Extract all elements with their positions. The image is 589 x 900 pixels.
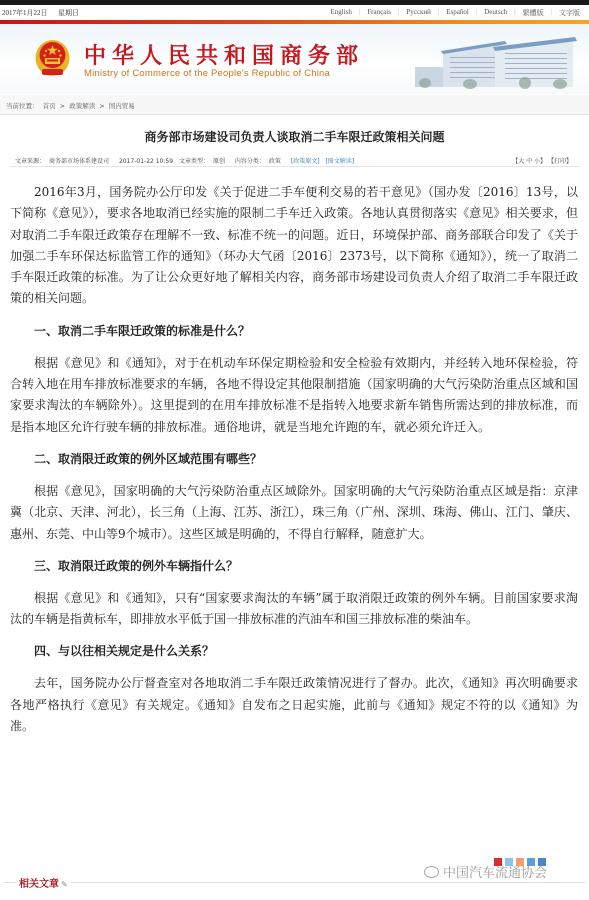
graphic-interpretation-link[interactable]: [图文解读] [325,158,354,165]
type-label: 文章类型：原创 [179,158,229,165]
wechat-watermark: 中国汽车流通协会 [424,862,547,881]
intro-paragraph: 2016年3月，国务院办公厅印发《关于促进二手车便利交易的若干意见》（国办发〔2… [10,182,578,310]
site-banner: 中华人民共和国商务部 Ministry of Commerce of the P… [0,24,589,94]
current-weekday: 星期日 [58,8,79,18]
wechat-icon [424,866,439,878]
language-links: English| Français| Русский| Español| Deu… [323,8,587,18]
section-heading: 三、取消限迁政策的例外车辆指什么？ [10,556,578,577]
lang-french[interactable]: Français [360,8,398,18]
breadcrumb-home[interactable]: 首页 [43,102,56,110]
related-articles: 相关文章✎ [4,882,585,900]
lang-spanish[interactable]: Español [439,8,476,18]
related-articles-heading: 相关文章✎ [16,875,71,890]
font-size-toggle[interactable]: 【大 中 小】 [512,158,546,165]
policy-original-link[interactable]: [政策原文] [291,158,320,165]
paperclip-icon: ✎ [61,880,68,889]
category-label: 内容分类：政策 [235,158,285,165]
lang-english[interactable]: English [323,8,358,18]
article-title: 商务部市场建设司负责人谈取消二手车限迁政策相关问题 [0,128,589,145]
section-heading: 一、取消二手车限迁政策的标准是什么？ [10,321,578,342]
site-title-chinese: 中华人民共和国商务部 [84,39,364,70]
breadcrumb-separator: > [60,102,65,110]
publish-datetime: 2017-01-22 10:59 [119,158,173,165]
section-heading: 二、取消限迁政策的例外区域范围有哪些？ [10,449,578,470]
lang-german[interactable]: Deutsch [477,8,514,18]
section-heading: 四、与以往相关规定是什么关系？ [10,641,578,662]
section-paragraph: 根据《意见》和《通知》，对于在机动车环保定期检验和安全检验有效期内，并经转入地环… [10,353,578,438]
article-body: 2016年3月，国务院办公厅印发《关于促进二手车便利交易的若干意见》（国办发〔2… [10,182,578,748]
print-button[interactable]: 【打印】 [548,158,572,165]
ministry-building-image [395,29,589,91]
article-meta: 文章来源：商务部市场体系建设司 2017-01-22 10:59 文章类型：原创… [10,153,580,167]
watermark-text: 中国汽车流通协会 [443,862,547,881]
breadcrumb: 当前位置： 首页 > 政策解读 > 国内贸易 [0,95,589,115]
source-label: 文章来源：商务部市场体系建设司 [15,158,113,165]
lang-traditional-chinese[interactable]: 繁體版 [516,8,551,18]
section-paragraph: 根据《意见》，国家明确的大气污染防治重点区域除外。国家明确的大气污染防治重点区域… [10,481,578,545]
breadcrumb-label: 当前位置： [6,102,39,110]
breadcrumb-domestic-trade[interactable]: 国内贸易 [109,102,135,110]
breadcrumb-separator: > [99,102,104,110]
lang-text-version[interactable]: 文字版 [552,8,587,18]
national-emblem-icon[interactable] [34,39,71,79]
lang-russian[interactable]: Русский [399,8,438,18]
site-title-english: Ministry of Commerce of the People's Rep… [84,68,330,79]
breadcrumb-policy-interpretation[interactable]: 政策解读 [69,102,95,110]
current-date: 2017年1月22日 [2,8,48,18]
section-paragraph: 根据《意见》和《通知》，只有“国家要求淘汰的车辆”属于取消限迁政策的例外车辆。目… [10,588,578,631]
section-paragraph: 去年，国务院办公厅督查室对各地取消二手车限迁政策情况进行了督办。此次，《通知》再… [10,673,578,737]
top-toolbar: 2017年1月22日 星期日 English| Français| Русски… [0,5,589,20]
